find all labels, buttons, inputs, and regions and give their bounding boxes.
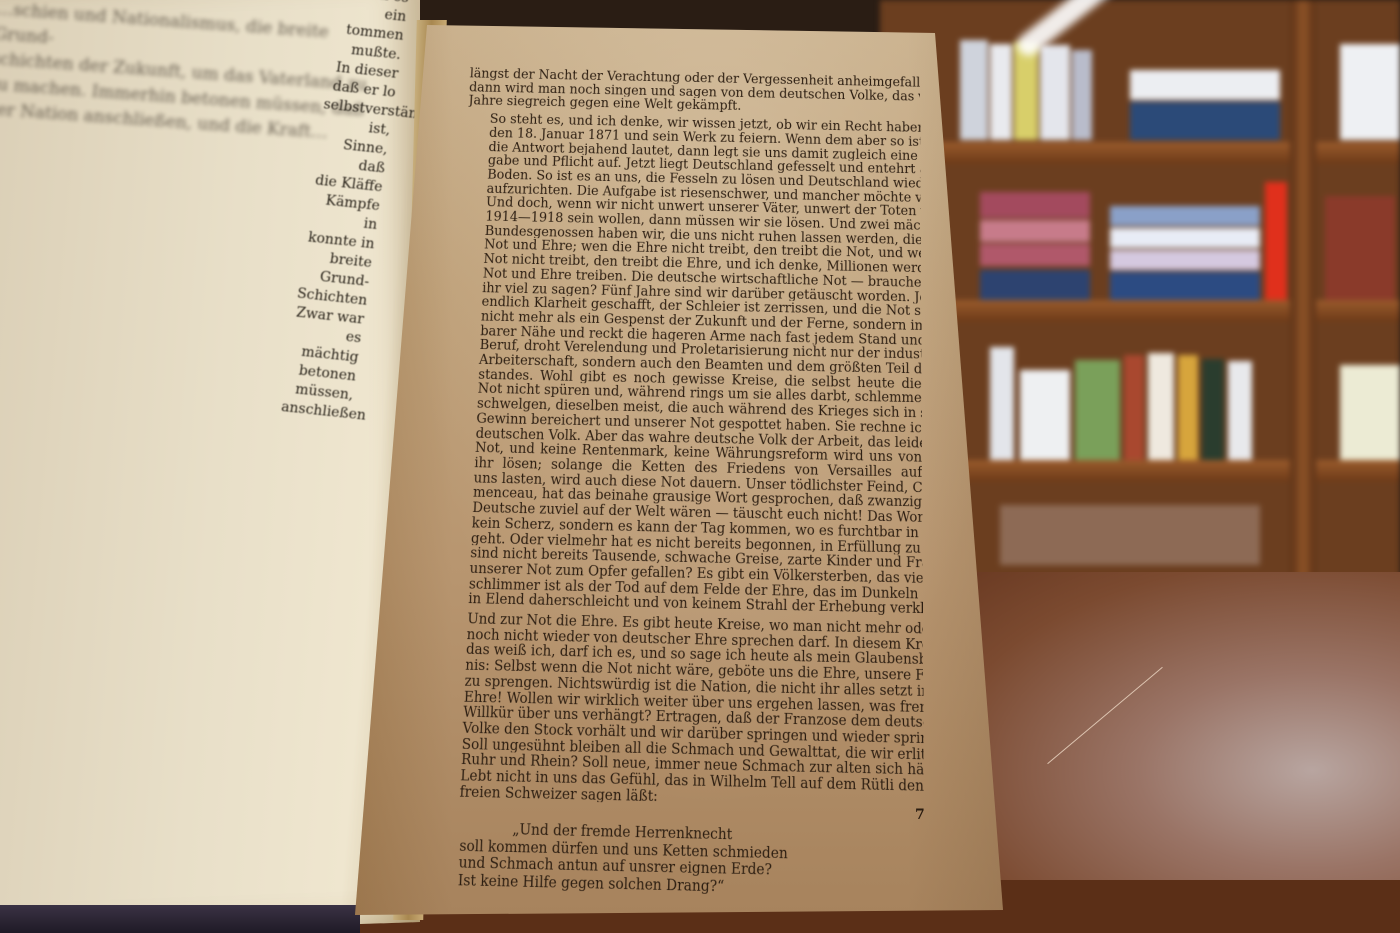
shelf-row-middle bbox=[880, 170, 1400, 300]
red-book bbox=[1265, 182, 1287, 300]
page-body-text: längst der Nacht der Verachtung oder der… bbox=[431, 66, 924, 900]
shelf-post bbox=[1290, 0, 1316, 600]
page-number: 7 bbox=[915, 807, 925, 823]
left-page-blurred-text: …schien und Nationalismus, die breite Gr… bbox=[0, 0, 375, 148]
green-book bbox=[1075, 360, 1120, 465]
paragraph: längst der Nacht der Verachtung oder der… bbox=[468, 66, 920, 116]
right-page: längst der Nacht der Verachtung oder der… bbox=[355, 25, 1005, 915]
paragraph: So steht es, und ich denke, wir wissen j… bbox=[445, 111, 923, 616]
book-cover-edge bbox=[0, 905, 360, 933]
shelf-board bbox=[880, 300, 1400, 322]
wooden-table bbox=[960, 572, 1400, 933]
paragraph: Und zur Not die Ehre. Es gibt heute Krei… bbox=[435, 610, 923, 810]
poem-quote: „Und der fremde Herrenknechtsoll kommen … bbox=[458, 821, 925, 900]
shelf-board bbox=[880, 142, 1400, 164]
photo-scene: …schien und Nationalismus, die breite Gr… bbox=[0, 0, 1400, 933]
left-page: …schien und Nationalismus, die breite Gr… bbox=[0, 0, 420, 933]
shelf-row-top bbox=[880, 30, 1400, 140]
